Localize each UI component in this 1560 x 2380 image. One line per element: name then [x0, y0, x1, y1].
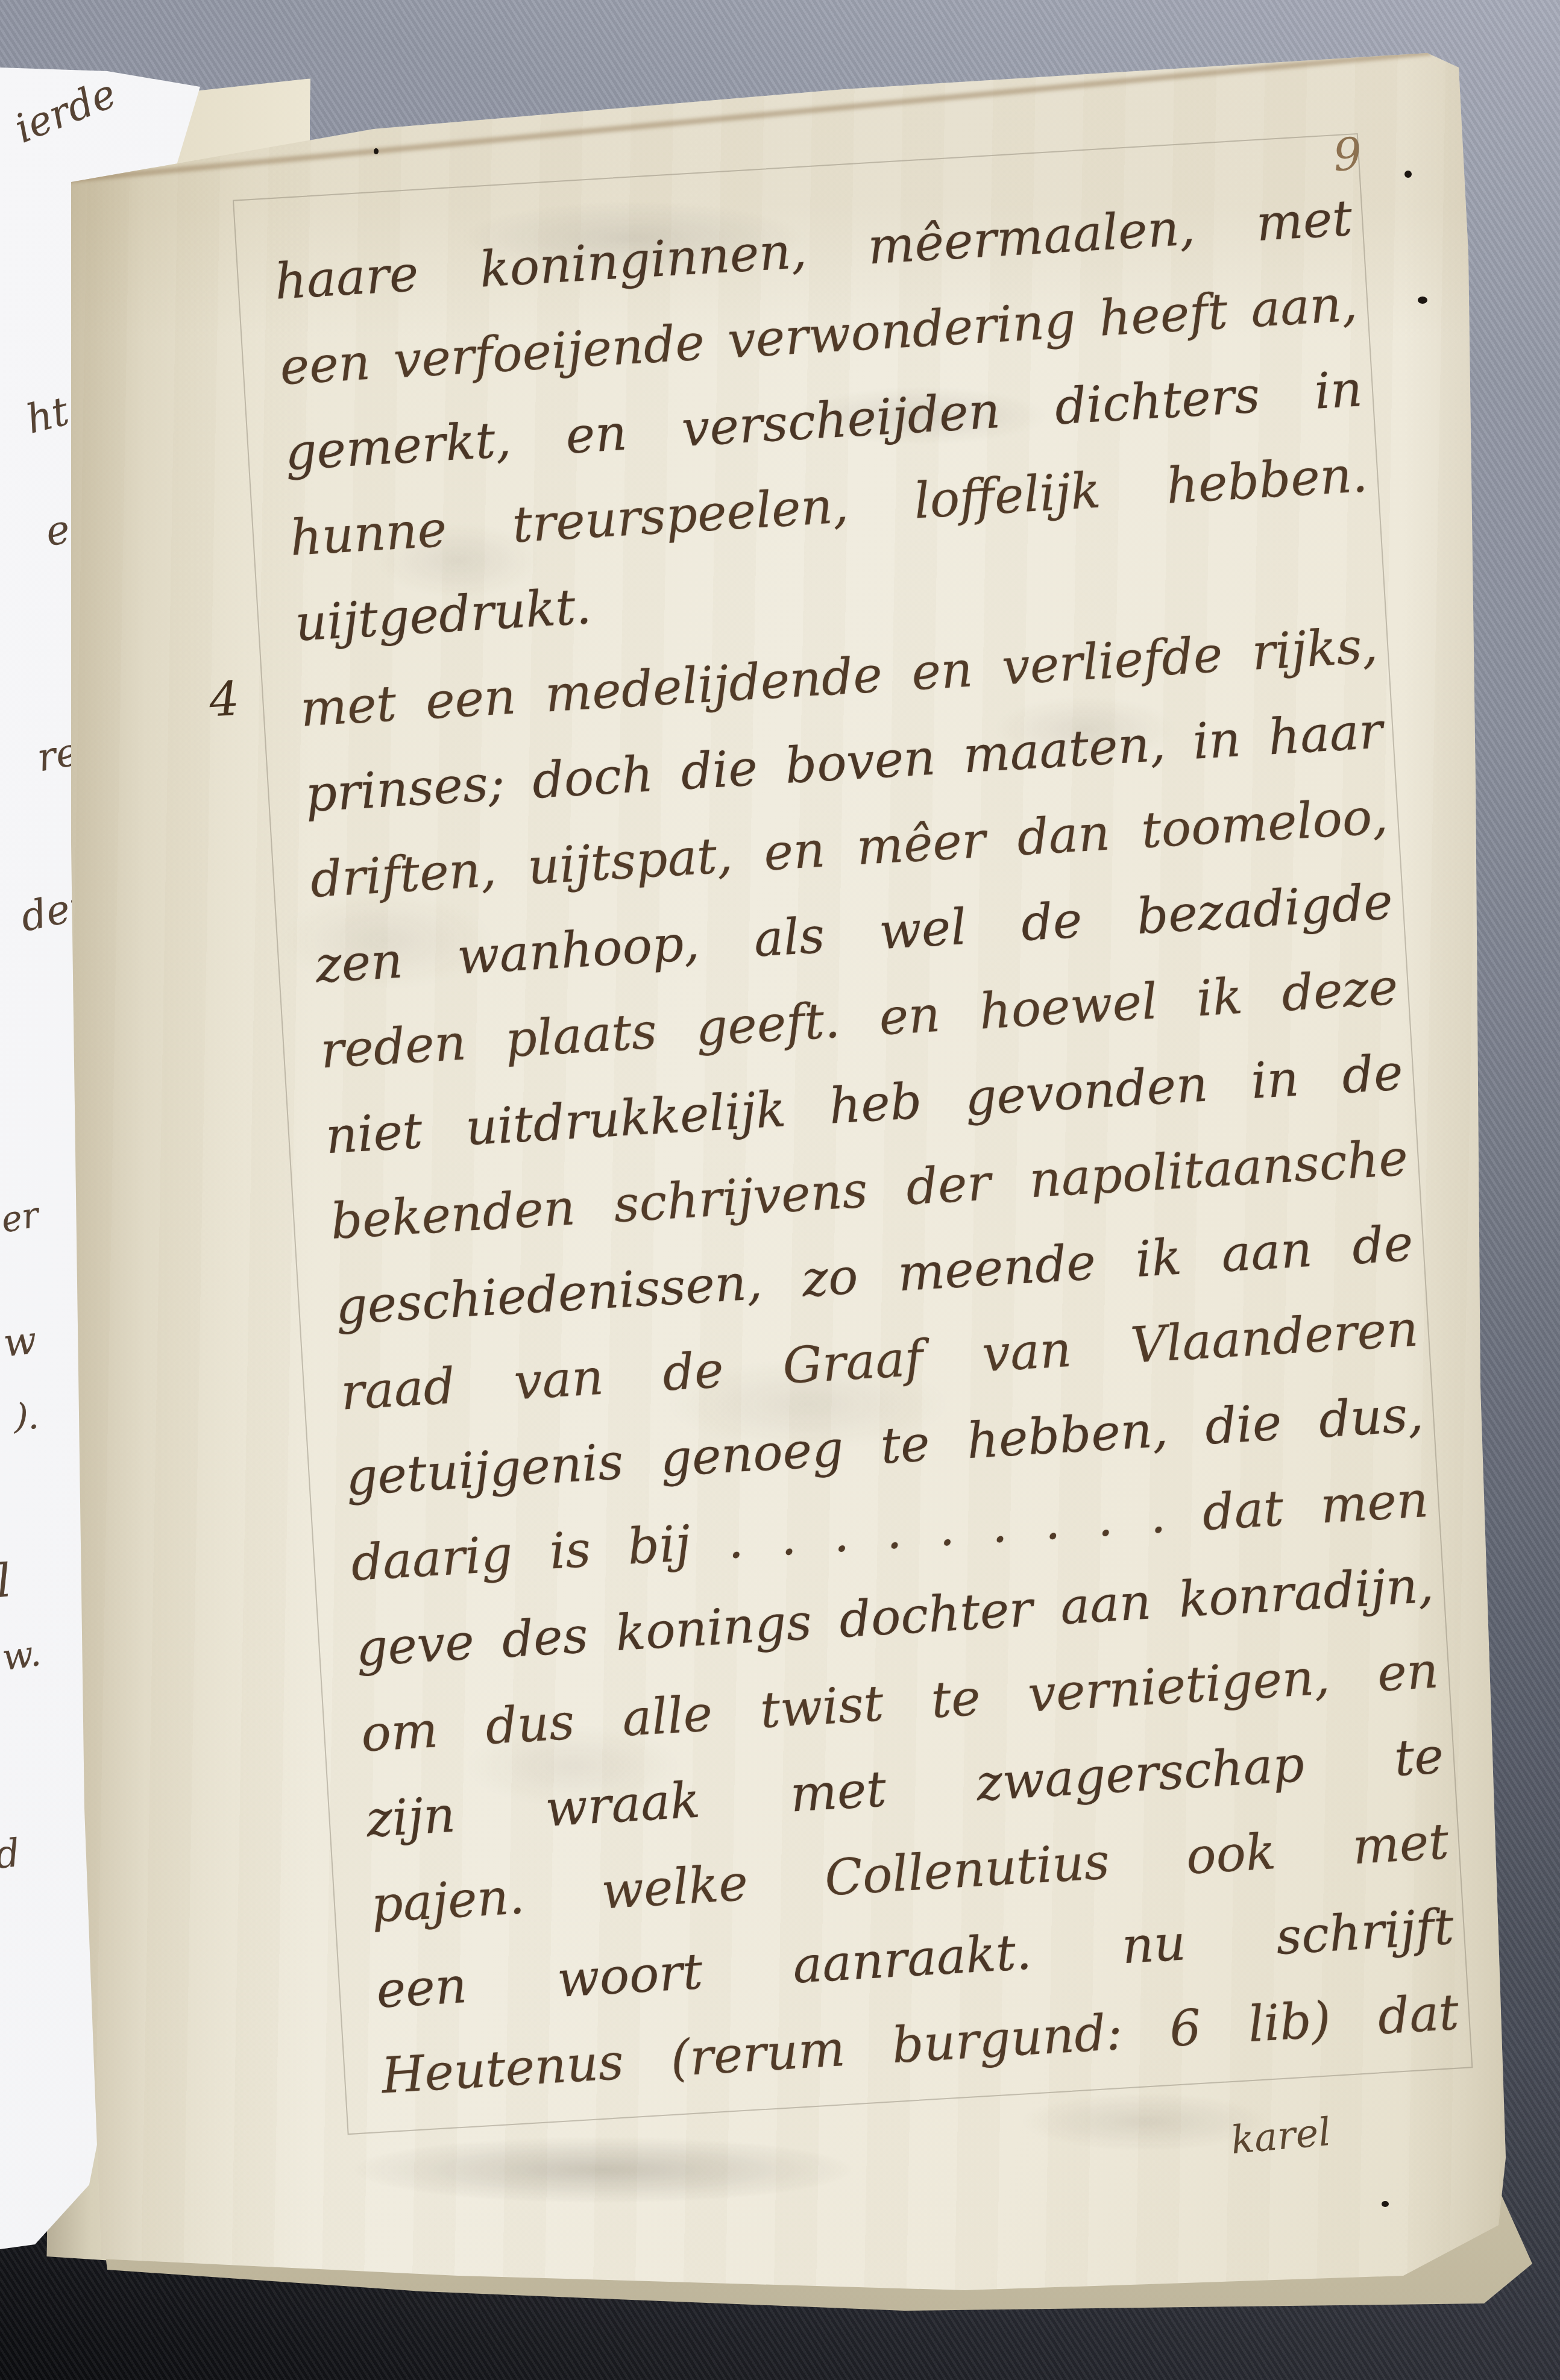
facing-page-text-fragment: er	[0, 1194, 42, 1241]
ink-speck	[1382, 2201, 1389, 2207]
ink-speck	[1404, 171, 1412, 178]
facing-page-text-fragment: ).	[14, 1396, 39, 1437]
ink-speck	[1418, 297, 1427, 304]
catchword: karel	[1229, 2110, 1333, 2163]
manuscript-photo: ierde g ht, ep re den, er w ). l w. d 9 …	[0, 0, 1560, 2380]
handwritten-text-block: 4 haare koninginnen, mêermaalen, met een…	[272, 175, 1467, 2119]
ink-speck	[374, 148, 379, 154]
facing-page-text-fragment: w	[1, 1318, 39, 1366]
facing-page-text-fragment: w.	[0, 1632, 43, 1679]
margin-paragraph-number: 4	[207, 672, 241, 728]
